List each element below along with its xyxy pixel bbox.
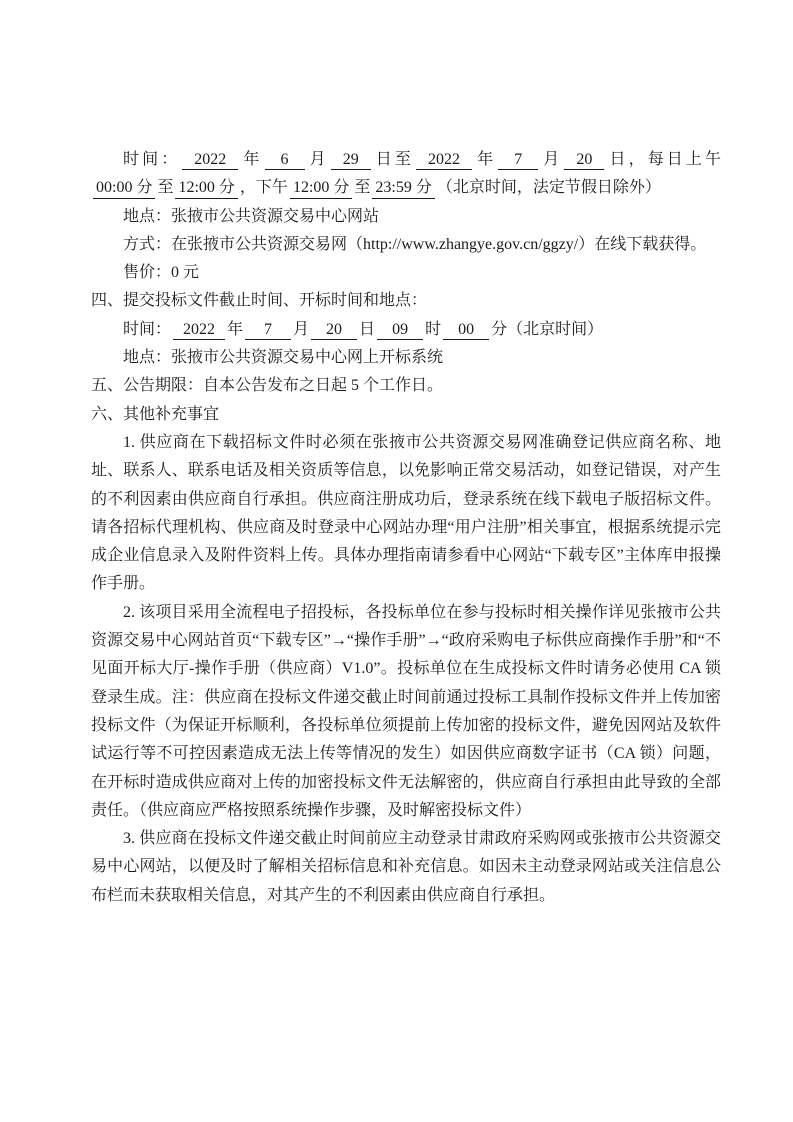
paragraph-open-time: 时间：2022年7月20日09时00分（北京时间） bbox=[91, 316, 721, 344]
paragraph-download-time: 时间：2022年6月29日至2022年7月20日，每日上午00:00 分至12:… bbox=[91, 146, 721, 203]
unit-open-minute: 分（北京时间） bbox=[491, 321, 603, 338]
heading-section-6: 六、其他补充事宜 bbox=[91, 401, 721, 429]
unit-open-hour: 时 bbox=[425, 321, 441, 338]
unit-open-year: 年 bbox=[227, 321, 243, 338]
text-pm-to: 至 bbox=[354, 179, 370, 196]
heading-section-5: 五、公告期限：自本公告发布之日起 5 个工作日。 bbox=[91, 372, 721, 400]
blank-download-start-month: 6 bbox=[265, 151, 305, 170]
unit-start-day: 日至 bbox=[373, 151, 414, 168]
paragraph-note-3: 3. 供应商在投标文件递交截止时间前应主动登录甘肃政府采购网或张掖市公共资源交易… bbox=[91, 825, 721, 910]
blank-open-year: 2022 bbox=[173, 321, 225, 340]
blank-download-end-year: 2022 bbox=[416, 151, 472, 170]
blank-am-end-time: 12:00 分 bbox=[175, 179, 237, 198]
open-time-label: 时间： bbox=[123, 321, 171, 338]
unit-end-year: 年 bbox=[474, 151, 496, 168]
unit-open-month: 月 bbox=[293, 321, 309, 338]
unit-start-year: 年 bbox=[240, 151, 262, 168]
unit-start-month: 月 bbox=[307, 151, 329, 168]
blank-open-month: 7 bbox=[245, 321, 291, 340]
document-content: 时间：2022年6月29日至2022年7月20日，每日上午00:00 分至12:… bbox=[91, 146, 721, 910]
download-time-label: 时间： bbox=[123, 151, 180, 168]
blank-download-end-day: 20 bbox=[564, 151, 604, 170]
paragraph-download-method: 方式：在张掖市公共资源交易网（http://www.zhangye.gov.cn… bbox=[91, 231, 721, 259]
unit-open-day: 日 bbox=[359, 321, 375, 338]
paragraph-note-1: 1. 供应商在下载招标文件时必须在张掖市公共资源交易网准确登记供应商名称、地址、… bbox=[91, 429, 721, 599]
blank-open-minute: 00 bbox=[443, 321, 489, 340]
blank-open-hour: 09 bbox=[377, 321, 423, 340]
blank-open-day: 20 bbox=[311, 321, 357, 340]
blank-pm-start-time: 12:00 分 bbox=[290, 179, 352, 198]
paragraph-price: 售价：0 元 bbox=[91, 259, 721, 287]
text-beijing-time-note: （北京时间，法定节假日除外） bbox=[437, 179, 661, 196]
document-page: 时间：2022年6月29日至2022年7月20日，每日上午00:00 分至12:… bbox=[0, 0, 793, 1122]
paragraph-note-2: 2. 该项目采用全流程电子招投标，各投标单位在参与投标时相关操作详见张掖市公共资… bbox=[91, 599, 721, 825]
blank-pm-end-time: 23:59 分 bbox=[372, 179, 434, 198]
unit-end-month: 月 bbox=[540, 151, 562, 168]
blank-download-start-day: 29 bbox=[331, 151, 371, 170]
blank-download-start-year: 2022 bbox=[182, 151, 238, 170]
paragraph-open-location: 地点：张掖市公共资源交易中心网上开标系统 bbox=[91, 344, 721, 372]
text-am-to: 至 bbox=[157, 179, 173, 196]
heading-section-4: 四、提交投标文件截止时间、开标时间和地点： bbox=[91, 287, 721, 315]
unit-end-day: 日，每日上午 bbox=[606, 151, 721, 168]
blank-am-start-time: 00:00 分 bbox=[93, 179, 155, 198]
text-afternoon: ，下午 bbox=[240, 179, 288, 196]
blank-download-end-month: 7 bbox=[498, 151, 538, 170]
paragraph-download-location: 地点：张掖市公共资源交易中心网站 bbox=[91, 203, 721, 231]
